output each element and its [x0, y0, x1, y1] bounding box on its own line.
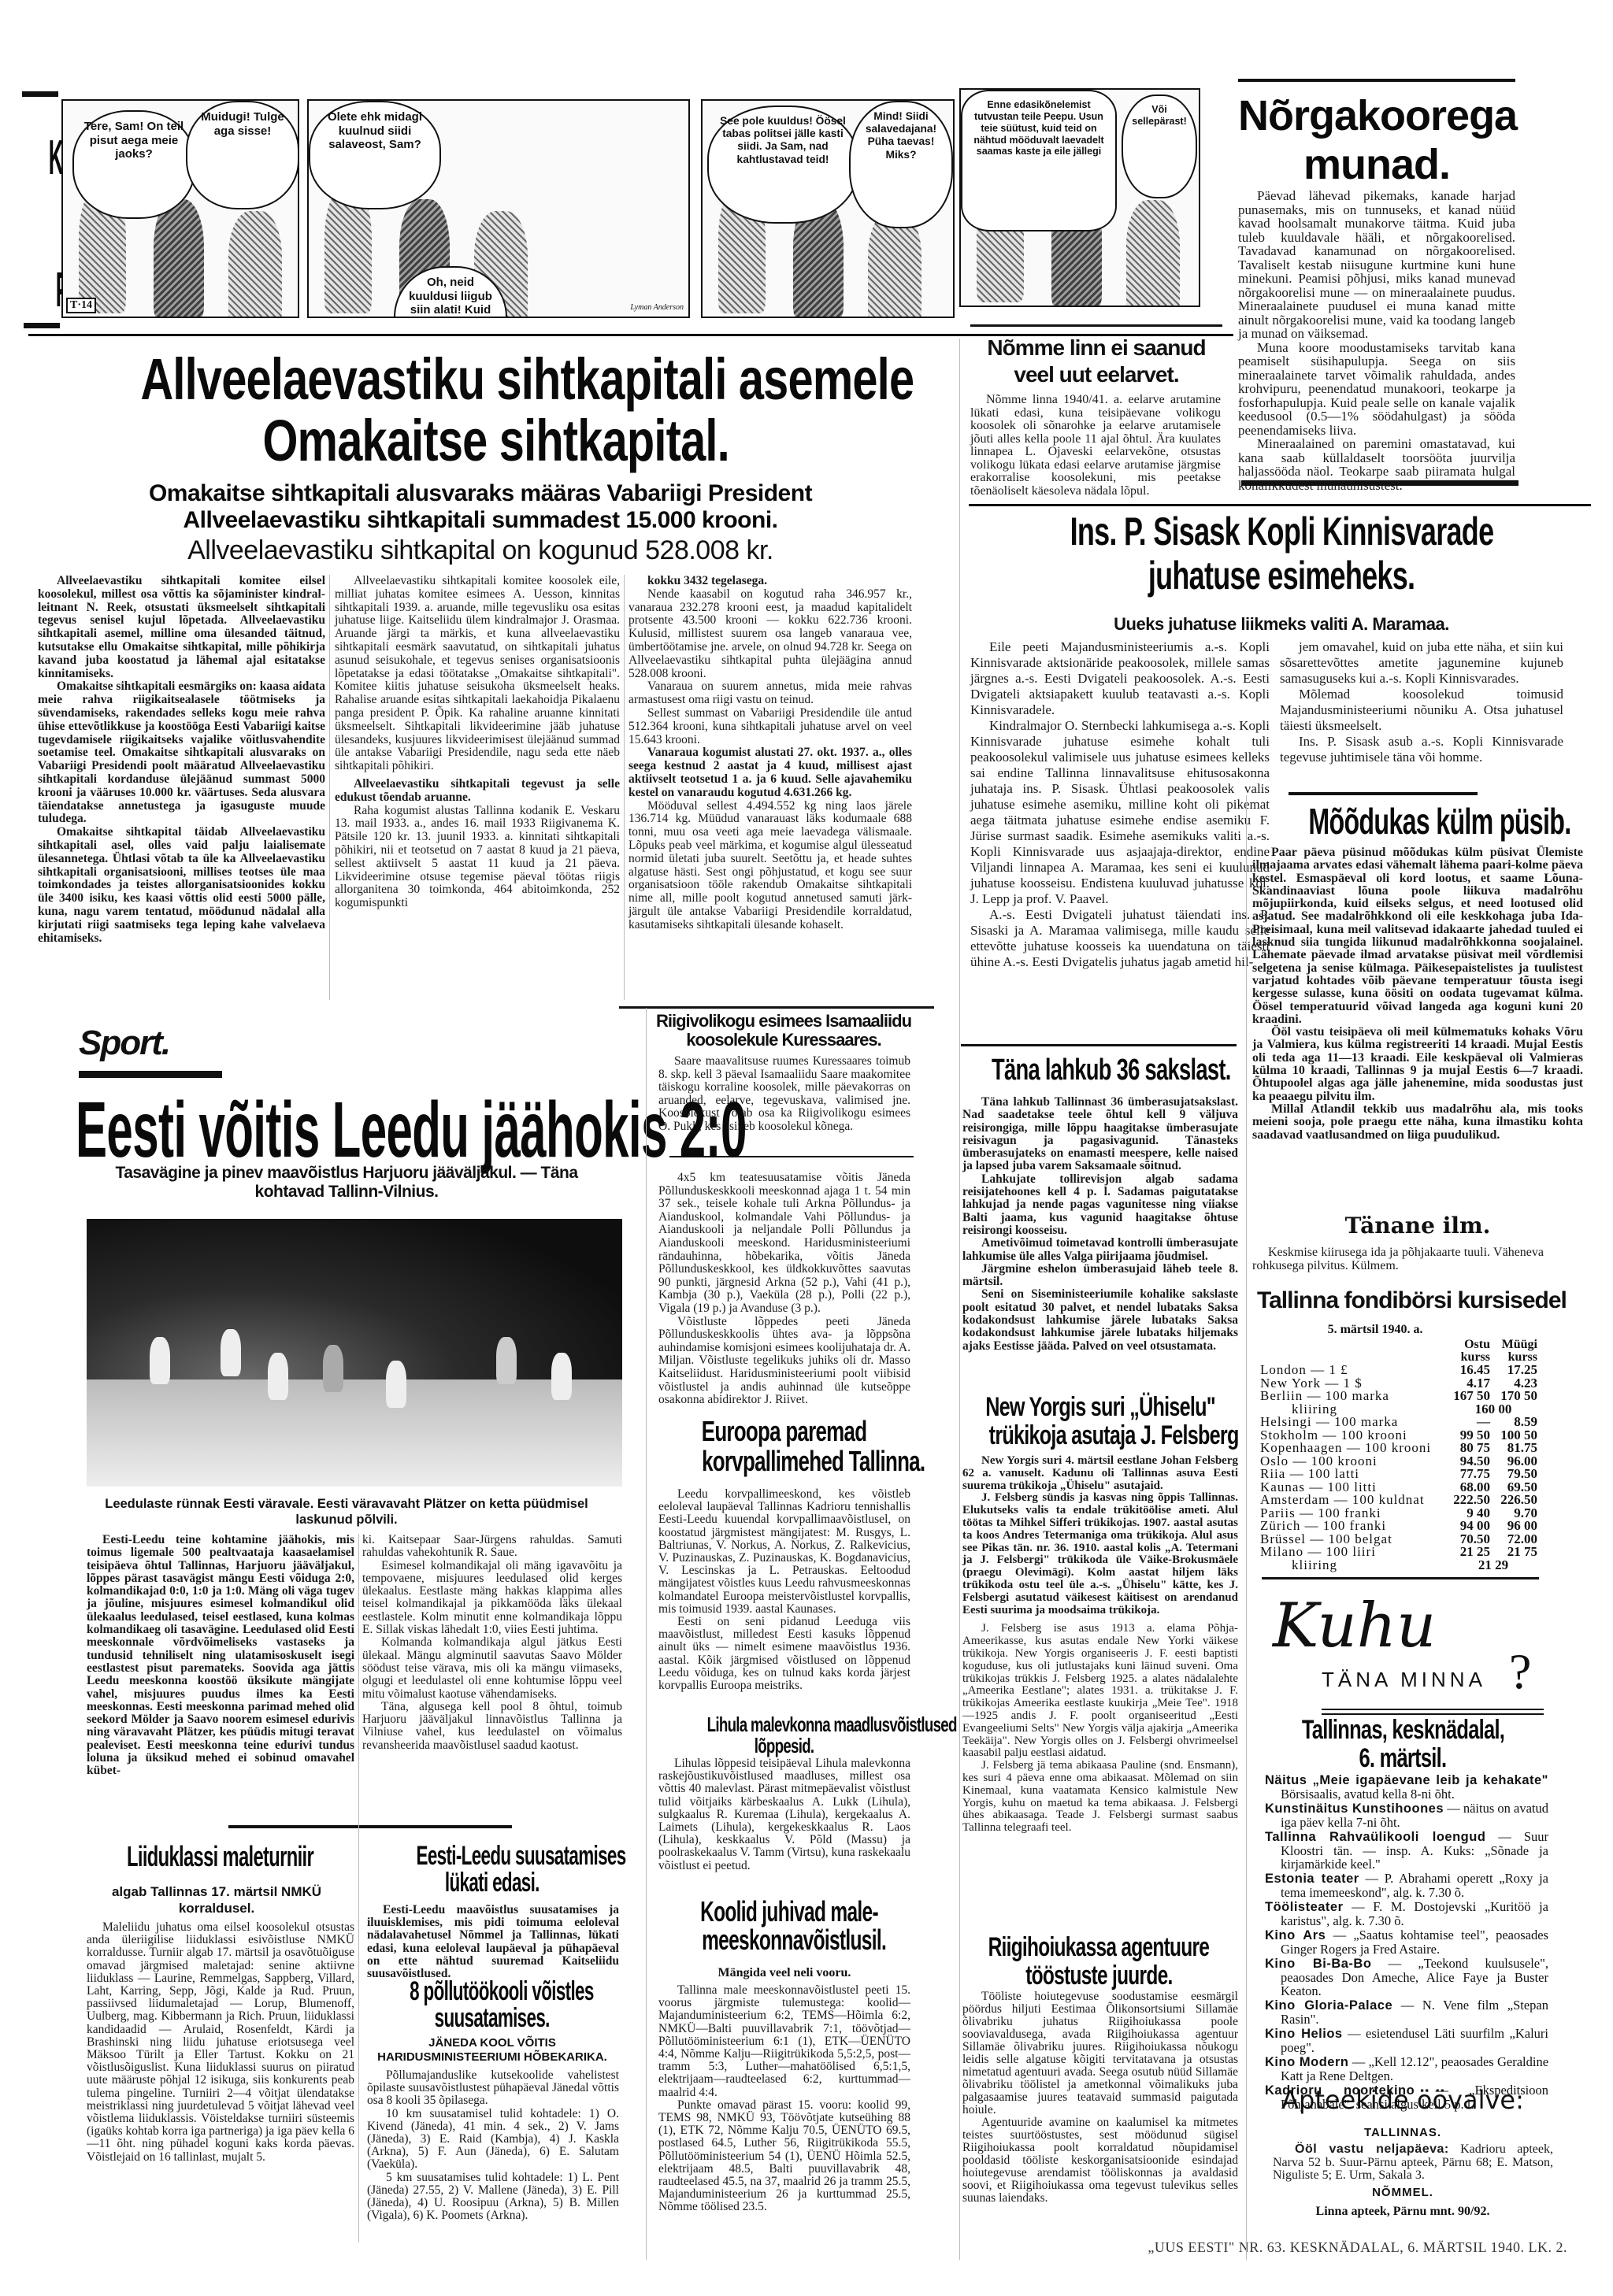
koolid-male-paragraph: Punkte omavad pärast 15. vooru: koolid 9… — [658, 2099, 910, 2214]
main-headline-line1: Allveelaevastiku sihtkapitali asemele — [140, 350, 914, 409]
kuhu-caps-line: TÄNA MINNA — [1322, 1668, 1486, 1692]
apteegid-city2-text: Linna apteek, Pärnu mnt. 90/92. — [1257, 2205, 1548, 2219]
koolid-male-title-line2: meeskonnavõistlusil. — [702, 1926, 886, 1954]
comic-figure — [1126, 200, 1180, 307]
photo-player — [496, 1337, 517, 1384]
riigihoiukassa-body: Tööliste hoiutegevuse soodustamise eesmä… — [962, 1990, 1238, 2205]
event-name: Estonia teater — [1265, 1872, 1359, 1886]
photo-player — [386, 1361, 406, 1408]
fondiborsi-header-row: Ostu kurss Müügi kurss — [1257, 1339, 1541, 1364]
moodukas-paragraph: Millal Atlandil tekkib uus madalrõhu ala… — [1252, 1103, 1583, 1142]
sakslased-paragraph: Seni on Siseministeeriumile kohalike sak… — [962, 1288, 1238, 1352]
event-name: Kunstinäitus Kunstihoones — [1265, 1802, 1444, 1816]
riigivolikogu-title: Riigivolikogu esimees Isamaaliidu koosol… — [654, 1012, 914, 1050]
kuhu-rule-1 — [1322, 1709, 1544, 1710]
main-headline-line2: Omakaitse sihtkapital. — [263, 412, 729, 470]
apteegid-city1-body: Ööl vastu neljapäeva: Kadrioru apteek, N… — [1273, 2143, 1553, 2183]
page-footer: „UUS EESTI" NR. 63. KESKNÄDALAL, 6. MÄRT… — [1063, 2239, 1567, 2256]
suusatamine-lykati-title: Eesti-Leedu suusatamises lükati edasi. — [362, 1842, 622, 1896]
comic-speech-bubble: See pole kuuldus! Öösel tabas politsei j… — [707, 106, 858, 224]
sisask-headline: Ins. P. Sisask Kopli Kinnisvarade juhatu… — [970, 512, 1593, 595]
main-headline: Allveelaevastiku sihtkapitali asemele Om… — [32, 350, 961, 470]
sport-col2-paragraph: Täna, algusega kell pool 8 õhtul, toimub… — [362, 1701, 622, 1752]
photo-player — [221, 1329, 241, 1376]
kuhu-events-list: Näitus „Meie igapäevane leib ja kehakate… — [1265, 1773, 1548, 2112]
main-subhead2: Allveelaevastiku sihtkapital on kogunud … — [63, 535, 898, 566]
comic-top-rule — [22, 91, 58, 97]
rate-label: Berliin — 100 marka — [1257, 1390, 1446, 1403]
rate-buy: 21 29 — [1446, 1559, 1541, 1572]
fondiborsi-col-buy: Ostu kurss — [1446, 1339, 1493, 1364]
felsberg-paragraph: New Yorgis suri 4. märtsil eestlane Joha… — [962, 1455, 1238, 1492]
kuhu-heading: Tallinnas, kesknädalal, 6. märtsil. — [1257, 1716, 1548, 1772]
event-item: Töölisteater — F. M. Dostojevski „Kuritö… — [1265, 1900, 1548, 1928]
event-name: Töölisteater — [1265, 1900, 1344, 1914]
main-col3-paragraph: Vanaraua kogumist alustati 27. okt. 1937… — [629, 746, 912, 799]
event-item: Kino Gloria-Palace — N. Vene film „Stepa… — [1265, 1998, 1548, 2026]
korvpall-title-line2: korvpallimehed Tallinna. — [702, 1447, 925, 1476]
photo-ice — [87, 1379, 622, 1487]
sisask-subhead: Uueks juhatuse liikmeks valiti A. Marama… — [970, 614, 1593, 635]
nomme-title: Nõmme linn ei saanud veel uut eelarvet. — [970, 335, 1222, 388]
pollutookool-title-line2: suusatamises. — [435, 2005, 550, 2031]
koolid-male-title: Koolid juhivad male- meeskonnavõistlusil… — [658, 1898, 910, 1954]
lihula-body: Lihulas lõppesid teisipäeval Lihula male… — [658, 1757, 910, 1872]
sisask-col-2: jem omavahel, kuid on juba ette näha, et… — [1280, 639, 1563, 765]
comic-signature: Lyman Anderson — [630, 303, 684, 312]
pollutookool-paragraph: 10 km suusatamisel tulid kohtadele: 1) O… — [367, 2108, 619, 2172]
fondiborsi-table: Ostu kurss Müügi kurss London — 1 £16.45… — [1257, 1339, 1541, 1572]
sport-bottom-rule — [228, 1825, 512, 1828]
pollutookool-paragraph: 5 km suusatamises tulid kohtadele: 1) L.… — [367, 2172, 619, 2223]
riigihoiukassa-title: Riigihoiukassa agentuure tööstuste juurd… — [945, 1934, 1252, 1989]
sport-headline: Eesti võitis Leedu jäähokis 2:0 — [76, 1091, 627, 1169]
kuhu-script-word: Kuhu — [1273, 1591, 1436, 1661]
kuhu-heading-line2: 6. märtsil. — [1359, 1745, 1447, 1772]
event-name: Kino Modern — [1265, 2055, 1348, 2069]
comic-side-title: KOITKOTKAPOEG — [16, 134, 65, 332]
main-subhead: Omakaitse sihtkapitali alusvaraks määras… — [87, 480, 874, 534]
riigivolikogu-top-rule — [619, 1006, 934, 1009]
main-col1-paragraph: Omakaitse sihtkapitali eesmärgiks on: ka… — [38, 680, 325, 826]
main-col3-paragraph: Vanaraua on suurem annetus, mida meie ra… — [629, 680, 912, 707]
sisask-col-1: Eile peeti Majandusministeeriumis a.-s. … — [970, 639, 1270, 970]
event-item: Kino Bi-Ba-Bo — „Teekond kuulsusele", pe… — [1265, 1957, 1548, 1998]
felsberg-title: New Yorgis suri „Ühiselu" trükikoja asut… — [945, 1394, 1252, 1449]
riigihoiukassa-paragraph: Agentuuride avamine on kaalumisel ka mit… — [962, 2116, 1238, 2205]
comic-speech-bubble: Enne edasikõnelemist tutvustan teile Pee… — [961, 90, 1117, 231]
comic-panel-3: See pole kuuldus! Öösel tabas politsei j… — [701, 99, 955, 318]
moodukas-body: Paar päeva püsinud mõõdukas külm püsivat… — [1252, 846, 1583, 1142]
event-item: Estonia teater — P. Abrahami operett „Ro… — [1265, 1872, 1548, 1899]
norgakoorega-bottom-rule — [1241, 480, 1518, 486]
column-divider — [959, 339, 960, 2260]
event-name: Kino Bi-Ba-Bo — [1265, 1957, 1371, 1971]
sport-section-label: Sport. — [79, 1024, 169, 1063]
column-divider — [1246, 795, 1247, 2260]
koolid-male-title-line1: Koolid juhivad male- — [700, 1898, 878, 1926]
korvpall-title: Euroopa paremad korvpallimehed Tallinna. — [658, 1417, 910, 1476]
column-divider — [624, 575, 625, 1000]
main-col3-paragraph: Nende kaasabil on kogutud raha 346.957 k… — [629, 588, 912, 681]
korvpall-paragraph: Eesti on seni pidanud Leeduga viis maavõ… — [658, 1616, 910, 1692]
kuhu-question-mark: ? — [1509, 1642, 1531, 1701]
rate-label: kliiring — [1257, 1559, 1446, 1572]
comic-strip-native: KOITKOTKAPOEGTere, Sam! On teil pisut ae… — [0, 0, 1229, 331]
sisask-headline-line1: Ins. P. Sisask Kopli Kinnisvarade — [1070, 512, 1493, 551]
suusatamine-paragraph: 4x5 km teatesuusatamise võitis Jäneda Põ… — [658, 1172, 910, 1316]
moodukas-title-text: Mõõdukas külm püsib. — [1308, 803, 1570, 839]
pollutookool-title: 8 põllutöökooli võistles suusatamises. — [362, 1978, 622, 2031]
event-item: Kino Ars — „Saatus kohtamise teel", peao… — [1265, 1928, 1548, 1956]
comic-panel-4: Enne edasikõnelemist tutvustan teile Pee… — [959, 88, 1200, 307]
fondiborsi-row: kliiring21 29 — [1257, 1559, 1541, 1572]
comic-figure — [228, 211, 282, 318]
comic-speech-bubble: Muidugi! Tulge aga sisse! — [186, 101, 299, 209]
apteegid-city2: NÕMMEL. — [1257, 2186, 1548, 2199]
photo-player — [268, 1353, 288, 1400]
koolid-male-body: Tallinna male meeskonnavõistlustel peeti… — [658, 1984, 910, 2214]
norgakoorega-top-rule — [1238, 79, 1515, 82]
sisask-col1-paragraph: A.-s. Eesti Dvigateli juhatust täiendati… — [970, 907, 1270, 970]
korvpall-title-line1: Euroopa paremad — [702, 1417, 867, 1446]
suusatamine-body: 4x5 km teatesuusatamise võitis Jäneda Põ… — [658, 1172, 910, 1407]
moodukas-title: Mõõdukas külm püsib. — [1252, 803, 1583, 839]
comic-panel-code: T·14 — [66, 298, 96, 313]
moodukas-paragraph: Paar päeva püsinud mõõdukas külm püsivat… — [1252, 846, 1583, 1026]
fondiborsi-date: 5. märtsil 1940. a. — [1257, 1323, 1493, 1337]
liiduklassi-subhead: algab Tallinnas 17. märtsil NMKÜ korrald… — [95, 1883, 339, 1916]
event-name: Tallinna Rahvaülikooli loengud — [1265, 1830, 1485, 1844]
main-col-3: kokku 3432 tegelasega. Nende kaasabil on… — [629, 575, 912, 932]
nomme-top-rule — [970, 324, 1222, 327]
comic-speech-bubble: Tere, Sam! On teil pisut aega meie jaoks… — [72, 110, 195, 219]
pollutookool-body: Põllumajanduslike kutsekoolide vaheliste… — [367, 2069, 619, 2222]
rate-label: Milano — 100 liiri — [1257, 1546, 1446, 1559]
comic-panel-1: Tere, Sam! On teil pisut aega meie jaoks… — [61, 99, 299, 318]
norgakoorega-title-line2: munad. — [1238, 143, 1515, 186]
pollutookool-subhead: JÄNEDA KOOL VÕITIS HARIDUSMINISTEERIUMI … — [370, 2036, 614, 2065]
sisask-col2-paragraph: jem omavahel, kuid on juba ette näha, et… — [1280, 639, 1563, 687]
kuhu-header: Kuhu TÄNA MINNA ? — [1257, 1591, 1548, 1709]
main-col1-paragraph: Omakaitse sihtkapital täidab Allveelaeva… — [38, 826, 325, 945]
felsberg-paragraph: J. Felsberg jä tema abikaasa Pauline (sn… — [962, 1760, 1238, 1835]
pollutookool-paragraph: Põllumajanduslike kutsekoolide vaheliste… — [367, 2069, 619, 2108]
sisask-col2-paragraph: Mõlemad koosolekud toimusid Majandusmini… — [1280, 687, 1563, 734]
main-col3-paragraph: kokku 3432 tegelasega. — [629, 575, 912, 588]
suusatamine-lykati-title-line2: lükati edasi. — [445, 1869, 540, 1896]
comic-panel-2: Olete ehk midagi kuulnud siidi salaveost… — [307, 99, 690, 318]
main-col2-paragraph: Raha kogumist alustas Tallinna kodanik E… — [335, 805, 620, 910]
comic-speech-bubble: Mind! Siidi salavedajana! Püha taevas! M… — [849, 101, 953, 228]
comic-speech-bubble: Olete ehk midagi kuulnud siidi salaveost… — [309, 101, 441, 209]
event-name: Kino Ars — [1265, 1928, 1326, 1942]
sakslased-body: Täna lahkub Tallinnast 36 ümberasujatsak… — [962, 1096, 1238, 1353]
felsberg-title-line1: New Yorgis suri „Ühiselu" — [985, 1394, 1215, 1420]
lihula-title-line1: Lihula malevkonna maadlusvõistlused — [707, 1714, 957, 1735]
riigihoiukassa-paragraph: Tööliste hoiutegevuse soodustamise eesmä… — [962, 1990, 1238, 2116]
sakslased-paragraph: Ametivõimud toimetavad kontrolli ümberas… — [962, 1237, 1238, 1263]
tanane-ilm-title: Tänane ilm. — [1252, 1213, 1583, 1239]
column-divider — [358, 1534, 359, 2242]
lihula-title-line2: lõppesid. — [755, 1735, 814, 1756]
sakslased-paragraph: Järgmine eshelon ümberasujaid läheb teel… — [962, 1263, 1238, 1289]
sport-subhead: Tasavägine ja pinev maavõistlus Harjuoru… — [79, 1164, 614, 1202]
kuhu-heading-line1: Tallinnas, kesknädalal, — [1301, 1716, 1504, 1743]
fondiborsi-title: Tallinna fondibörsi kursisedel — [1257, 1287, 1588, 1314]
sport-col2-paragraph: ki. Kaitsepaar Saar-Jürgens rahuldas. Sa… — [362, 1534, 622, 1560]
lihula-title: Lihula malevkonna maadlusvõistlused lõpp… — [658, 1714, 910, 1757]
main-col2-paragraph: Allveelaevastiku sihtkapitali komitee ko… — [335, 575, 620, 773]
korvpall-body: Leedu korvpallimeeskond, kes võistleb ee… — [658, 1488, 910, 1692]
sisask-col2-rule — [1289, 792, 1478, 795]
fondiborsi-table-wrap: Ostu kurss Müügi kurss London — 1 £16.45… — [1257, 1339, 1541, 1572]
event-item: Näitus „Meie igapäevane leib ja kehakate… — [1265, 1773, 1548, 1801]
photo-player — [150, 1337, 170, 1384]
sport-col-1: Eesti-Leedu teine kohtamine jäähokis, mi… — [87, 1534, 354, 1778]
sisask-col2-paragraph: Ins. P. Sisask asub a.-s. Kopli Kinnisva… — [1280, 734, 1563, 765]
norgakoorega-body: Päevad lähevad pikemaks, kanade harjad p… — [1238, 189, 1515, 492]
event-name: Kino Gloria-Palace — [1265, 1998, 1392, 2013]
main-col1-paragraph: Allveelaevastiku sihtkapitali komitee ei… — [38, 575, 325, 680]
main-col3-paragraph: Mööduval sellest 4.494.552 kg ning laos … — [629, 800, 912, 932]
suusatamine-paragraph: Võistluste lõppedes peeti Jäneda Põllund… — [658, 1316, 910, 1407]
felsberg-title-line2: trükikoja asutaja J. Felsberg — [989, 1422, 1239, 1449]
koolid-male-subhead: Mängida veel neli vooru. — [658, 1966, 910, 1980]
koolid-male-paragraph: Tallinna male meeskonnavõistlustel peeti… — [658, 1984, 910, 2099]
riigihoiukassa-title-line2: tööstuste juurde. — [1025, 1962, 1172, 1989]
fondiborsi-bottom-rule — [1262, 1577, 1539, 1579]
sisask-headline-line2: juhatuse esimeheks. — [1148, 556, 1415, 595]
comic-figure — [154, 199, 204, 318]
suusatamine-lykati-title-line1: Eesti-Leedu suusatamises — [417, 1842, 626, 1869]
main-subhead2-text: Allveelaevastiku sihtkapital on kogunud … — [63, 535, 898, 566]
moodukas-paragraph: Ööl vastu teisipäeva oli meil külmematuk… — [1252, 1026, 1583, 1103]
nomme-bottom-rule — [969, 504, 1591, 506]
sport-col-2: ki. Kaitsepaar Saar-Jürgens rahuldas. Sa… — [362, 1534, 622, 1752]
photo-player — [551, 1353, 572, 1400]
event-name: Näitus „Meie igapäevane leib ja kehakate… — [1265, 1773, 1548, 1787]
fondiborsi-rows: London — 1 £16.4517.25New York — 1 $4.17… — [1257, 1364, 1541, 1572]
liiduklassi-body: Maleliidu juhatus oma eilsel koosolekul … — [87, 1921, 354, 2164]
column-divider — [646, 1008, 647, 2260]
main-col-1: Allveelaevastiku sihtkapitali komitee ei… — [38, 575, 325, 945]
pollutookool-title-line1: 8 põllutöökooli võistles — [410, 1978, 594, 2005]
riigihoiukassa-title-line1: Riigihoiukassa agentuure — [988, 1934, 1210, 1961]
felsberg-paragraph: J. Felsberg sündis ja kasvas ning õppis … — [962, 1492, 1238, 1616]
korvpall-paragraph: Leedu korvpallimeeskond, kes võistleb ee… — [658, 1488, 910, 1616]
event-item: Tallinna Rahvaülikooli loengud — Suur Kl… — [1265, 1830, 1548, 1871]
felsberg-paragraph: J. Felsberg ise asus 1913 a. elama Põhja… — [962, 1623, 1238, 1760]
apteegid-city1-lead: Ööl vastu neljapäeva: — [1295, 2142, 1449, 2156]
nomme-body: Nõmme linna 1940/41. a. eelarve arutamin… — [970, 394, 1221, 498]
sport-col2-paragraph: Esimesel kolmandikajal oli mäng igavavõi… — [362, 1560, 622, 1637]
event-item: Kino Modern — „Kell 12.12", peaosades Ge… — [1265, 2055, 1548, 2083]
norgakoorega-title-line1: Nõrgakoorega — [1238, 94, 1515, 137]
liiduklassi-title-text: Liiduklassi maleturniir — [127, 1842, 313, 1871]
sakslased-paragraph: Täna lahkub Tallinnast 36 ümberasujatsak… — [962, 1096, 1238, 1173]
sisask-col1-paragraph: Kindralmajor O. Sternbecki lahkumisega a… — [970, 718, 1270, 907]
photo-caption: Leedulaste rünnak Eesti väravale. Eesti … — [102, 1496, 591, 1528]
hockey-photo — [87, 1219, 622, 1487]
event-item: Kino Helios — esietendusel Läti suurfilm… — [1265, 2027, 1548, 2054]
norgakoorega-paragraph: Muna koore moodustamiseks tarvitab kana … — [1238, 341, 1515, 438]
main-col-2: Allveelaevastiku sihtkapitali komitee ko… — [335, 575, 620, 910]
tanane-ilm-body: Keskmise kiirusega ida ja põhjakaarte tu… — [1252, 1246, 1544, 1272]
sakslased-paragraph: Lahkujate tollirevisjon algab sadama rei… — [962, 1173, 1238, 1237]
sakslased-title: Täna lahkub 36 sakslast. — [945, 1055, 1252, 1085]
event-name: Kino Helios — [1265, 2027, 1343, 2041]
comic-speech-bubble: Või sellepärast! — [1122, 94, 1197, 198]
main-col2-paragraph: Allveelaevastiku sihtkapitali tegevust j… — [335, 778, 620, 805]
event-item: Kunstinäitus Kunstihoones — näitus on av… — [1265, 1802, 1548, 1829]
sakslased-title-text: Täna lahkub 36 sakslast. — [992, 1055, 1231, 1085]
column-divider — [329, 575, 330, 1000]
event-text: Börsisaalis, avatud kella 8-ni õht. — [1281, 1787, 1455, 1802]
sisask-col1-paragraph: Eile peeti Majandusministeeriumis a.-s. … — [970, 639, 1270, 718]
sport-col2-paragraph: Kolmanda kolmandikaja algul jätkus Eesti… — [362, 1636, 622, 1700]
fondiborsi-col-sell: Müügi kurss — [1493, 1339, 1541, 1364]
main-col3-paragraph: Sellest summast on Vabariigi Presidendil… — [629, 707, 912, 746]
apteegid-title: Apteekide öövalve: — [1257, 2085, 1548, 2115]
suusatamine-lykati-body: Eesti-Leedu maavõistlus suusatamises ja … — [367, 1904, 619, 1980]
felsberg-body: New Yorgis suri 4. märtsil eestlane Joha… — [962, 1455, 1238, 1835]
apteegid-city1: TALLINNAS. — [1257, 2126, 1548, 2139]
main-subhead-text: Omakaitse sihtkapitali alusvaraks määras… — [87, 480, 874, 534]
norgakoorega-paragraph: Päevad lähevad pikemaks, kanade harjad p… — [1238, 189, 1515, 341]
photo-player — [323, 1345, 343, 1392]
norgakoorega-title: Nõrgakoorega munad. — [1238, 94, 1515, 186]
sport-label-rule — [79, 1071, 222, 1078]
sakslased-top-rule — [961, 1044, 1237, 1046]
liiduklassi-title: Liiduklassi maleturniir — [79, 1842, 354, 1871]
